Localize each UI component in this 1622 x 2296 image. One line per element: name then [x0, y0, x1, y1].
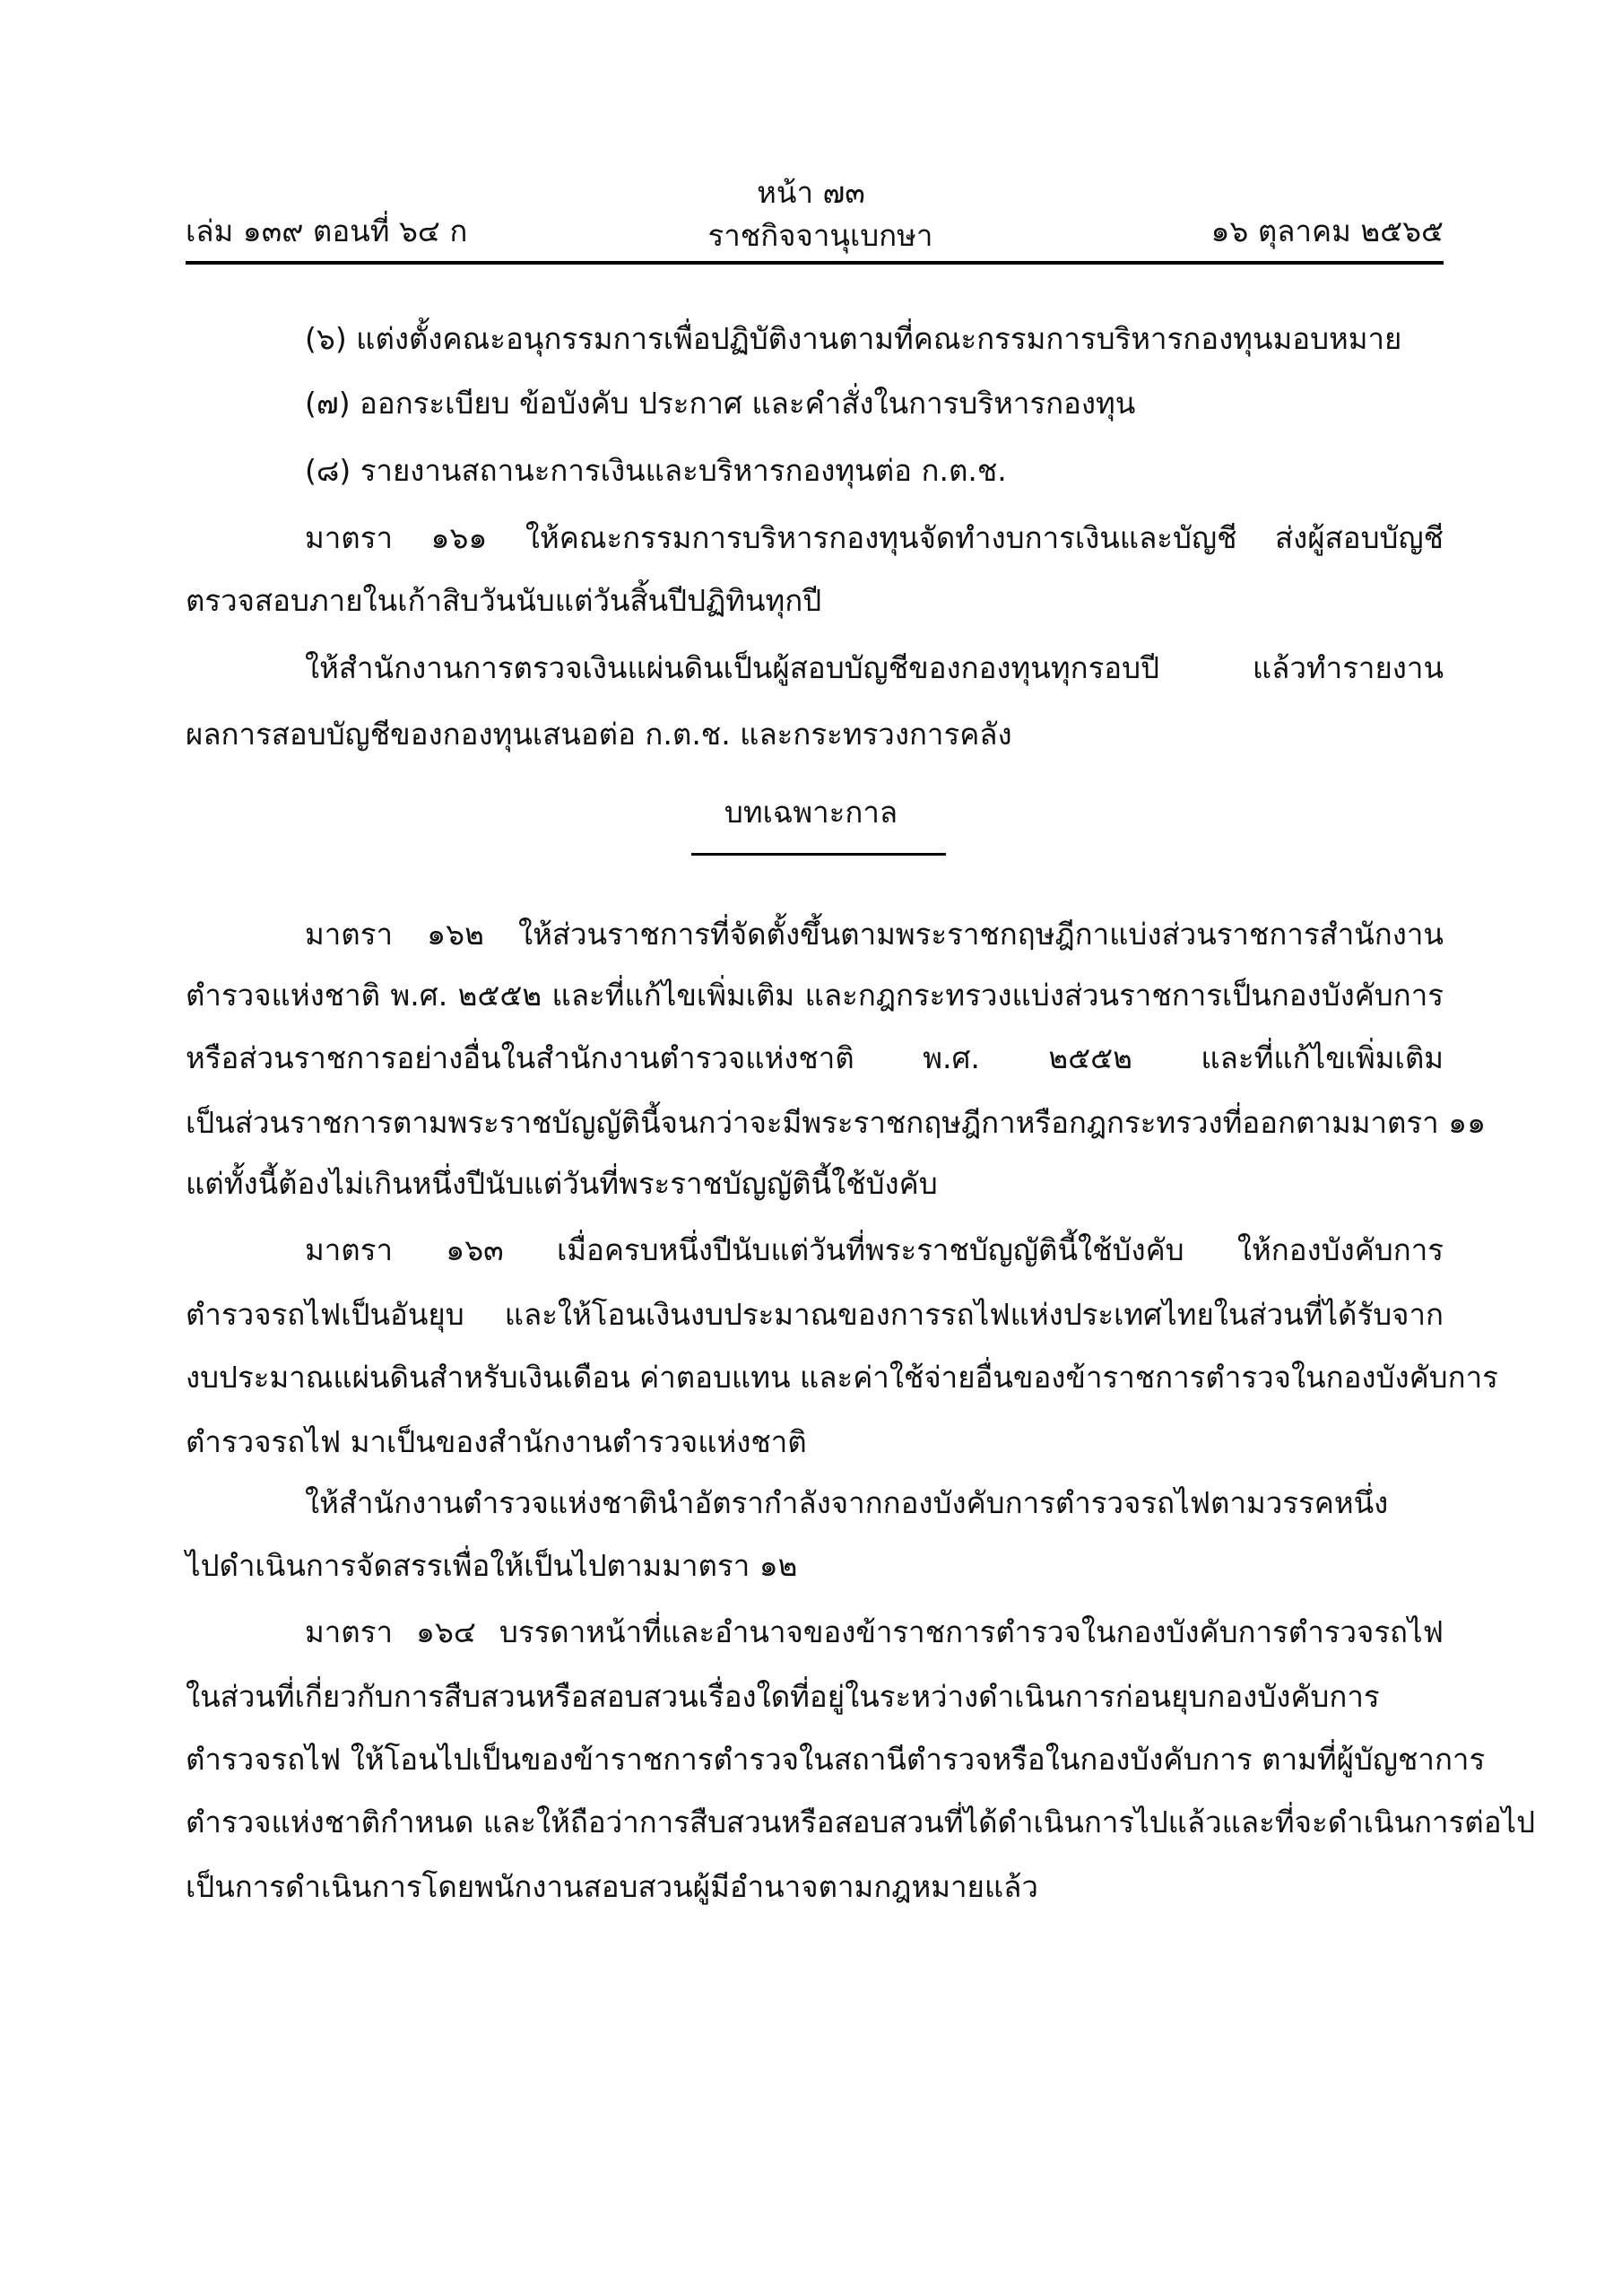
section-163-line-4: ตำรวจรถไฟ มาเป็นของสำนักงานตำรวจแห่งชาติ [186, 1422, 807, 1462]
section-163-line-1: มาตรา ๑๖๓ เมื่อครบหนึ่งปีนับแต่วันที่พระ… [305, 1231, 1444, 1270]
header-rule [186, 261, 1444, 265]
item-6: (๖) แต่งตั้งคณะอนุกรรมการเพื่อปฏิบัติงาน… [305, 319, 1401, 359]
section-161-line-2: ตรวจสอบภายในเก้าสิบวันนับแต่วันสิ้นปีปฏิ… [186, 581, 821, 621]
section-164-line-1: มาตรา ๑๖๔ บรรดาหน้าที่และอำนาจของข้าราชก… [305, 1613, 1444, 1652]
item-8: (๘) รายงานสถานะการเงินและบริหารกองทุนต่อ… [305, 451, 1007, 491]
section-164-line-2: ในส่วนที่เกี่ยวกับการสืบสวนหรือสอบสวนเรื… [186, 1677, 1444, 1717]
section-164-line-4: ตำรวจแห่งชาติกำหนด และให้ถือว่าการสืบสวน… [186, 1803, 1444, 1842]
section-162-line-4: เป็นส่วนราชการตามพระราชบัญญัตินี้จนกว่าจ… [186, 1103, 1444, 1143]
section-161-para2-line-1: ให้สำนักงานการตรวจเงินแผ่นดินเป็นผู้สอบบ… [305, 648, 1444, 688]
section-163-para2-line-2: ไปดำเนินการจัดสรรเพื่อให้เป็นไปตามมาตรา … [186, 1546, 797, 1586]
section-162-line-5: แต่ทั้งนี้ต้องไม่เกินหนึ่งปีนับแต่วันที่… [186, 1164, 938, 1204]
section-163-para2-line-1: ให้สำนักงานตำรวจแห่งชาตินำอัตรากำลังจากก… [305, 1483, 1444, 1523]
volume-issue: เล่ม ๑๓๙ ตอนที่ ๖๔ ก [186, 212, 467, 251]
page-number: หน้า ๗๓ [0, 169, 1622, 216]
section-161-line-1: มาตรา ๑๖๑ ให้คณะกรรมการบริหารกองทุนจัดทำ… [305, 518, 1444, 558]
section-163-line-2: ตำรวจรถไฟเป็นอันยุบ และให้โอนเงินงบประมา… [186, 1295, 1444, 1335]
section-163-line-3: งบประมาณแผ่นดินสำหรับเงินเดือน ค่าตอบแทน… [186, 1358, 1444, 1397]
section-164-line-5: เป็นการดำเนินการโดยพนักงานสอบสวนผู้มีอำน… [186, 1867, 1038, 1907]
section-162-line-3: หรือส่วนราชการอย่างอื่นในสำนักงานตำรวจแห… [186, 1039, 1444, 1078]
gazette-title: ราชกิจจานุเบกษา [628, 212, 1013, 259]
transitional-provisions-heading: บทเฉพาะกาล [0, 793, 1622, 832]
publication-date: ๑๖ ตุลาคม ๒๕๖๕ [1210, 212, 1444, 251]
section-161-para2-line-2: ผลการสอบบัญชีของกองทุนเสนอต่อ ก.ต.ช. และ… [186, 715, 1012, 754]
item-7: (๗) ออกระเบียบ ข้อบังคับ ประกาศ และคำสั่… [305, 384, 1135, 423]
section-164-line-3: ตำรวจรถไฟ ให้โอนไปเป็นของข้าราชการตำรวจใ… [186, 1740, 1444, 1779]
section-162-line-2: ตำรวจแห่งชาติ พ.ศ. ๒๕๕๒ และที่แก้ไขเพิ่ม… [186, 976, 1444, 1015]
heading-underline [691, 853, 946, 856]
section-162-line-1: มาตรา ๑๖๒ ให้ส่วนราชการที่จัดตั้งขึ้นตาม… [305, 915, 1444, 954]
